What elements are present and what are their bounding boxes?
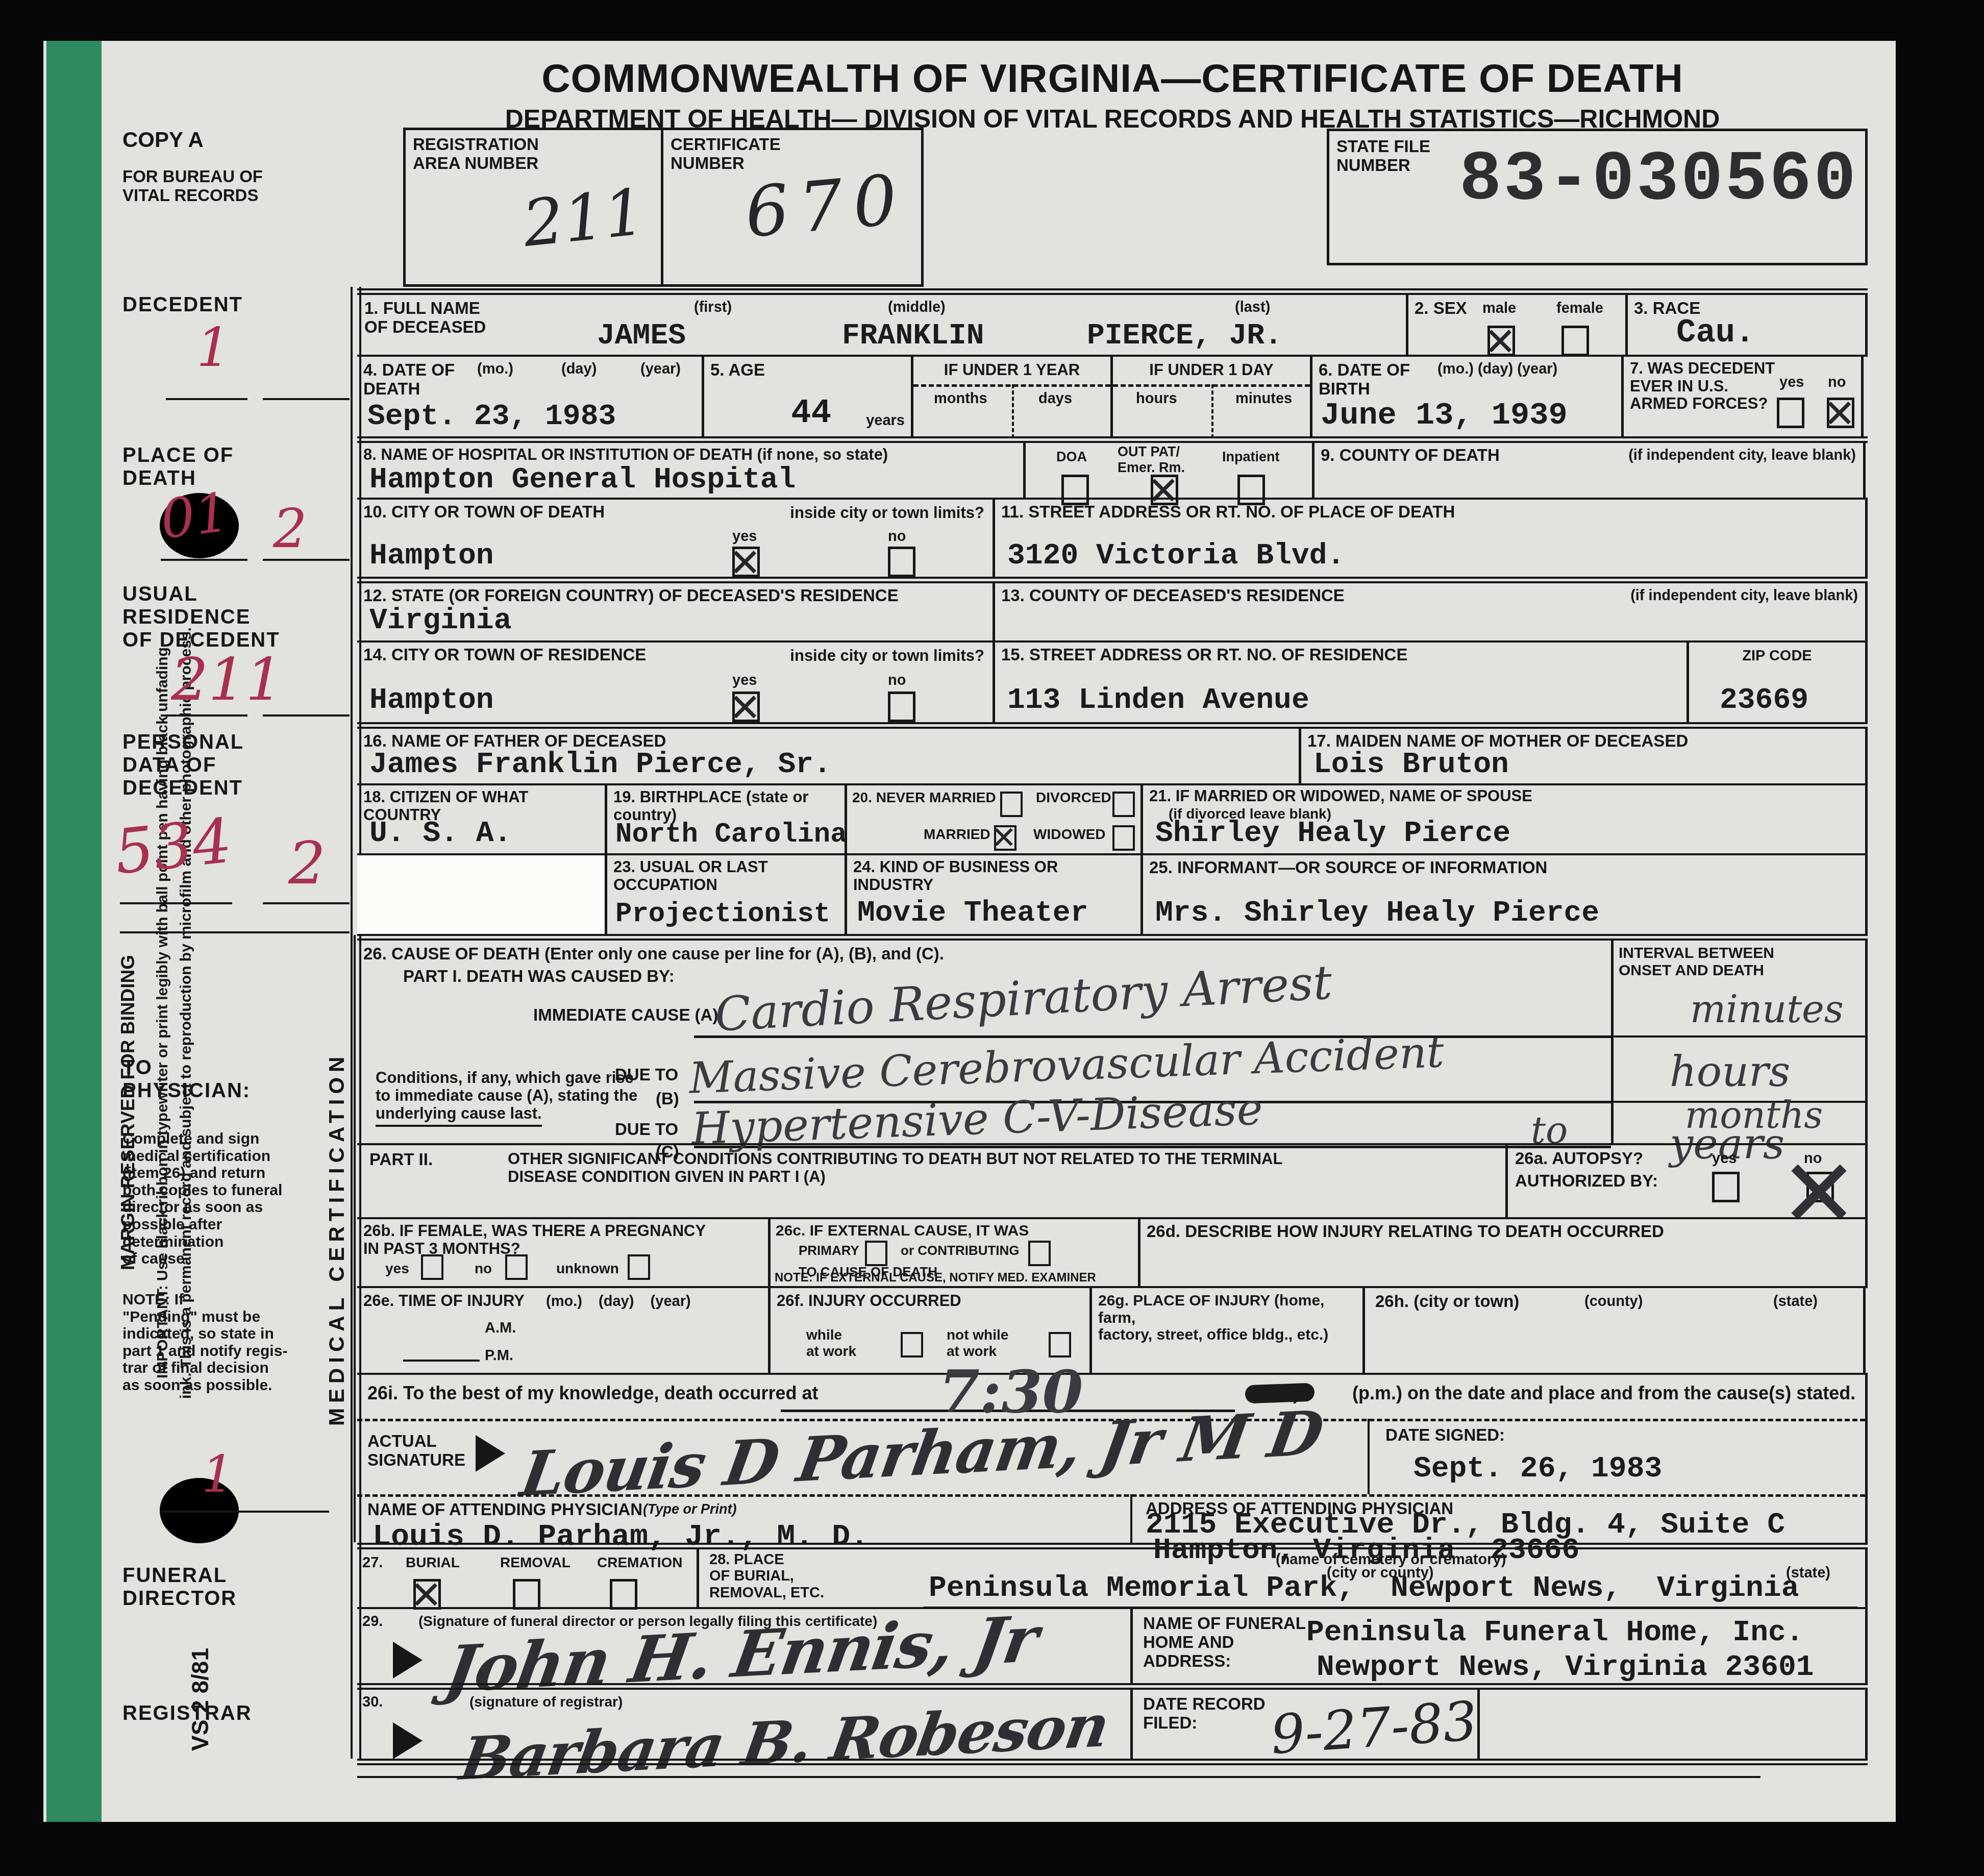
sidebar-to-physician-title: TO PHYSICIAN: (122, 1056, 251, 1102)
city-of-residence-label: 14. CITY OR TOWN OF RESIDENCE (363, 646, 646, 664)
green-binding-stripe (46, 41, 102, 1822)
first-name-value: JAMES (597, 319, 686, 353)
death-occurred-label: 26i. To the best of my knowledge, death … (367, 1383, 819, 1403)
date-of-birth-value: June 13, 1939 (1321, 397, 1568, 433)
field-city-of-death: 10. CITY OR TOWN OF DEATH inside city or… (357, 500, 995, 577)
field-certification: 26i. To the best of my knowledge, death … (357, 1375, 1868, 1543)
field-registrar-signature: 30. (signature of registrar) Barbara B. … (357, 1690, 1133, 1759)
sidebar-decedent-code: 1 (196, 316, 231, 379)
field-age: 5. AGE 44 years (704, 357, 913, 436)
row-26bcd: 26b. IF FEMALE, WAS THERE A PREGNANCY IN… (357, 1217, 1868, 1286)
injury-units-label: (mo.) (day) (year) (546, 1293, 691, 1310)
rule (166, 398, 247, 400)
describe-injury-label: 26d. DESCRIBE HOW INJURY RELATING TO DEA… (1147, 1222, 1664, 1241)
doa-label: DOA (1056, 449, 1087, 465)
city-of-death-label: 10. CITY OR TOWN OF DEATH (363, 503, 605, 522)
field-part2: PART II. OTHER SIGNIFICANT CONDITIONS CO… (357, 1145, 1508, 1217)
city-of-death-value: Hampton (369, 539, 494, 573)
field-full-name: 1. FULL NAME OF DECEASED (first) (middle… (357, 295, 1408, 355)
preg-yes-checkbox (421, 1254, 443, 1280)
state-file-number-label: STATE FILE NUMBER (1336, 137, 1430, 175)
spouse-label: 21. IF MARRIED OR WIDOWED, NAME OF SPOUS… (1149, 787, 1532, 805)
date-of-death-value: Sept. 23, 1983 (367, 400, 616, 433)
interval-a-value: minutes (1690, 988, 1844, 1031)
middle-sublabel: (middle) (888, 299, 946, 316)
field-county-of-death: 9. COUNTY OF DEATH (if independent city,… (1315, 443, 1866, 498)
type-or-print-label: (Type or Print) (643, 1501, 737, 1517)
sidebar-funeral-director-label: FUNERAL DIRECTOR (122, 1564, 237, 1610)
inpatient-label: Inpatient (1222, 449, 1280, 465)
rule (1614, 1035, 1865, 1038)
limits-no-label: no (888, 528, 906, 545)
rule (161, 714, 247, 717)
sidebar-personal-data-label: PERSONAL DATA OF DECEDENT (122, 731, 244, 799)
sidebar-personal-code-1: 534 (111, 805, 235, 888)
hours-sublabel: hours (1136, 390, 1177, 407)
row-name-sex-race: 1. FULL NAME OF DECEASED (first) (middle… (357, 288, 1868, 355)
registrar-sig-arrow-icon (393, 1722, 423, 1759)
county-of-residence-label: 13. COUNTY OF DECEASED'S RESIDENCE (1001, 586, 1345, 605)
funeral-sig-number: 29. (362, 1613, 383, 1630)
time-of-injury-label: 26e. TIME OF INJURY (363, 1292, 525, 1310)
autopsy-authorized-label: AUTHORIZED BY: (1515, 1172, 1658, 1191)
field-street-of-residence: 15. STREET ADDRESS OR RT. NO. OF RESIDEN… (995, 643, 1689, 722)
sidebar-place-code-2: 2 (273, 498, 307, 560)
limits-yes-checkbox (732, 547, 760, 577)
preg-unknown-checkbox (628, 1254, 650, 1280)
divorced-checkbox (1112, 792, 1135, 817)
zip-value: 23669 (1720, 684, 1808, 717)
limits14-no-checkbox (888, 692, 915, 722)
form-number: VS 2 8/81 (185, 1628, 216, 1771)
preg-no-label: no (475, 1261, 492, 1277)
contributing-label: or CONTRIBUTING (901, 1243, 1020, 1258)
field-describe-injury: 26d. DESCRIBE HOW INJURY RELATING TO DEA… (1140, 1219, 1868, 1286)
cause-label: 26. CAUSE OF DEATH (Enter only one cause… (363, 945, 944, 964)
sidebar-to-physician-body: Complete and sign medical certification … (122, 1130, 282, 1268)
mo-sublabel: (mo.) (477, 361, 513, 378)
city-of-residence-value: Hampton (369, 684, 494, 717)
sidebar-place-code-1: 01 (157, 481, 232, 551)
date-of-birth-label: 6. DATE OF BIRTH (1319, 361, 1410, 399)
autopsy-label: 26a. AUTOPSY? (1515, 1149, 1643, 1168)
certificate-number-box: CERTIFICATE NUMBER 670 (661, 128, 924, 287)
business-label: 24. KIND OF BUSINESS OR INDUSTRY (853, 858, 1140, 894)
injury-city-label: 26h. (city or town) (1375, 1292, 1519, 1311)
row-city-residence: 14. CITY OR TOWN OF RESIDENCE inside cit… (357, 640, 1868, 722)
injury-county-label: (county) (1584, 1293, 1643, 1310)
sex-female-checkbox (1561, 326, 1589, 356)
never-married-label: 20. NEVER MARRIED (852, 789, 996, 806)
field-funeral-director-signature: 29. (Signature of funeral director or pe… (357, 1609, 1133, 1683)
primary-checkbox (865, 1241, 887, 1266)
part2-text: OTHER SIGNIFICANT CONDITIONS CONTRIBUTIN… (508, 1150, 1282, 1186)
row-city-of-death: 10. CITY OR TOWN OF DEATH inside city or… (357, 498, 1868, 577)
field-state-of-residence: 12. STATE (OR FOREIGN COUNTRY) OF DECEAS… (357, 583, 995, 640)
row-citizen-marital: 18. CITIZEN OF WHAT COUNTRY U. S. A. 19.… (357, 783, 1868, 853)
sidebar-residence-code: 211 (171, 646, 283, 714)
b-sublabel: (B) (656, 1090, 679, 1108)
age-label: 5. AGE (710, 361, 765, 380)
while-at-work-label: while at work (806, 1327, 856, 1360)
field-business: 24. KIND OF BUSINESS OR INDUSTRY Movie T… (847, 855, 1143, 934)
autopsy-yes-checkbox (1712, 1172, 1740, 1202)
age-value: 44 (791, 394, 831, 432)
rule (120, 902, 232, 904)
pregnancy-label: 26b. IF FEMALE, WAS THERE A PREGNANCY IN… (363, 1222, 706, 1257)
row-26efgh: 26e. TIME OF INJURY (mo.) (day) (year) A… (357, 1286, 1868, 1373)
primary-label: PRIMARY (799, 1243, 859, 1258)
burial-label: BURIAL (406, 1554, 460, 1571)
field-place-of-injury: 26g. PLACE OF INJURY (home, farm, factor… (1092, 1288, 1365, 1373)
minutes-sublabel: minutes (1235, 390, 1292, 407)
row-burial: 27. BURIAL REMOVAL CREMATION 28. PLACE O… (357, 1543, 1868, 1607)
middle-name-value: FRANKLIN (842, 319, 984, 353)
physician-signature: Louis D Parham, Jr M D (516, 1397, 1327, 1510)
occupation-value: Projectionist (615, 899, 830, 930)
field-date-of-birth: 6. DATE OF BIRTH (mo.) (day) (year) June… (1312, 357, 1624, 436)
row-state-residence: 12. STATE (OR FOREIGN COUNTRY) OF DECEAS… (357, 577, 1868, 640)
date-filed-label: DATE RECORD FILED: (1143, 1695, 1266, 1733)
cause-a-value: Cardio Respiratory Arrest (713, 955, 1333, 1042)
registrar-sig-number: 30. (362, 1694, 383, 1711)
field-birthplace: 19. BIRTHPLACE (state or country) North … (607, 785, 847, 853)
county-of-death-label: 9. COUNTY OF DEATH (1321, 446, 1500, 465)
limits14-label: inside city or town limits? (790, 647, 984, 665)
field-city-of-residence: 14. CITY OR TOWN OF RESIDENCE inside cit… (357, 643, 995, 722)
never-married-checkbox (1000, 792, 1023, 817)
autopsy-no-checkbox (1806, 1172, 1834, 1202)
field-date-of-death: 4. DATE OF DEATH (mo.) (day) (year) Sept… (357, 357, 704, 436)
field-informant: 25. INFORMANT—OR SOURCE OF INFORMATION M… (1143, 855, 1868, 934)
removal-label: REMOVAL (500, 1554, 571, 1571)
sidebar-to-physician-note: NOTE: If "Pending" must be indicated, so… (122, 1291, 287, 1394)
row-certification: 26i. To the best of my knowledge, death … (357, 1373, 1868, 1543)
field-county-of-residence: 13. COUNTY OF DECEASED'S RESIDENCE (if i… (995, 583, 1868, 640)
widowed-checkbox (1112, 825, 1135, 851)
field-occupation: 23. USUAL OR LAST OCCUPATION Projectioni… (607, 855, 847, 934)
field-marital-status: 20. NEVER MARRIED DIVORCED MARRIED WIDOW… (847, 785, 1143, 853)
not-while-at-work-label: not while at work (947, 1327, 1008, 1360)
place-of-burial-label: 28. PLACE OF BURIAL, REMOVAL, ETC. (709, 1551, 824, 1601)
days-sublabel: days (1038, 390, 1072, 407)
sex-male-label: male (1482, 300, 1516, 317)
field-autopsy: 26a. AUTOPSY? AUTHORIZED BY: yes no (1508, 1145, 1868, 1217)
contributing-checkbox (1028, 1241, 1051, 1266)
certificate-number-value: 670 (742, 159, 910, 253)
registration-area-value: 211 (519, 175, 648, 261)
rule (263, 559, 350, 561)
field-pregnancy: 26b. IF FEMALE, WAS THERE A PREGNANCY IN… (357, 1219, 771, 1286)
funeral-home-label: NAME OF FUNERAL HOME AND ADDRESS: (1143, 1614, 1306, 1671)
row-registrar: 30. (signature of registrar) Barbara B. … (357, 1683, 1868, 1759)
field-race: 3. RACE Cau. (1628, 295, 1868, 355)
forces-no-label: no (1828, 374, 1846, 391)
year-sublabel: (year) (640, 361, 681, 378)
conditions-note-underlined: underlying cause last. (376, 1105, 542, 1127)
sex-female-label: female (1556, 300, 1603, 317)
field-sex: 2. SEX male female (1408, 295, 1628, 355)
field-if-under-1-year: IF UNDER 1 YEAR months days (911, 357, 1113, 436)
state-file-number-box: STATE FILE NUMBER 83-030560 (1327, 129, 1868, 265)
under-1-day-label: IF UNDER 1 DAY (1113, 361, 1310, 379)
rule (1130, 1494, 1132, 1545)
field-mother-name: 17. MAIDEN NAME OF MOTHER OF DECEASED Lo… (1301, 729, 1868, 783)
actual-signature-label: ACTUAL SIGNATURE (367, 1432, 465, 1470)
disposition-number: 27. (362, 1554, 383, 1571)
row-hospital: 8. NAME OF HOSPITAL OR INSTITUTION OF DE… (357, 436, 1868, 498)
county-of-death-note: (if independent city, leave blank) (1628, 447, 1856, 464)
informant-label: 25. INFORMANT—OR SOURCE OF INFORMATION (1149, 858, 1547, 877)
external-cause-label: 26c. IF EXTERNAL CAUSE, IT WAS (776, 1222, 1029, 1240)
forces-yes-checkbox (1777, 398, 1804, 428)
field-street-of-death: 11. STREET ADDRESS OR RT. NO. OF PLACE O… (995, 500, 1868, 577)
zip-label: ZIP CODE (1689, 648, 1865, 664)
rule (161, 559, 247, 561)
interval-b-value: hours (1670, 1048, 1790, 1096)
sidebar-registrar-label: REGISTRAR (122, 1702, 252, 1725)
state-file-number-value: 83-030560 (1459, 140, 1858, 220)
field-time-of-injury: 26e. TIME OF INJURY (mo.) (day) (year) A… (357, 1288, 771, 1373)
first-sublabel: (first) (694, 299, 732, 316)
cremation-label: CREMATION (597, 1554, 682, 1571)
field-22-whited-out (357, 855, 607, 934)
state-of-residence-label: 12. STATE (OR FOREIGN COUNTRY) OF DECEAS… (363, 586, 899, 605)
injury-state-label: (state) (1773, 1293, 1818, 1310)
registration-area-label: REGISTRATION AREA NUMBER (413, 135, 539, 173)
field-cause-of-death: 26. CAUSE OF DEATH (Enter only one cause… (357, 941, 1611, 1143)
field-hospital: 8. NAME OF HOSPITAL OR INSTITUTION OF DE… (357, 443, 1026, 498)
field-death-location-type: DOA OUT PAT/ Emer. Rm. Inpatient (1024, 443, 1315, 498)
funeral-sig-arrow-icon (393, 1642, 423, 1678)
widowed-label: WIDOWED (1033, 826, 1106, 843)
field-armed-forces: 7. WAS DECEDENT EVER IN U.S. ARMED FORCE… (1624, 357, 1864, 436)
field-injury-city: 26h. (city or town) (county) (state) (1363, 1288, 1866, 1373)
external-note: NOTE: IF EXTERNAL CAUSE, NOTIFY MED. EXA… (775, 1271, 1096, 1285)
street-of-death-label: 11. STREET ADDRESS OR RT. NO. OF PLACE O… (1001, 503, 1455, 522)
row-parents: 16. NAME OF FATHER OF DECEASED James Fra… (357, 722, 1868, 783)
removal-checkbox (513, 1579, 540, 1610)
am-label: A.M. (485, 1320, 516, 1337)
sidebar-physician-code: 1 (202, 1444, 234, 1504)
city-or-county-label: (city or county) (1327, 1565, 1433, 1582)
field-date-record-filed: DATE RECORD FILED: 9-27-83 (1133, 1690, 1480, 1759)
death-certificate-document: MARGIN RESERVED FOR BINDING IMPORTANT: U… (43, 41, 1896, 1822)
cremation-checkbox (610, 1579, 637, 1610)
state-of-residence-value: Virginia (369, 604, 511, 637)
married-checkbox (994, 825, 1016, 851)
pm-statement-label: (p.m.) on the date and place and from th… (1352, 1383, 1855, 1403)
limits14-no-label: no (888, 672, 906, 689)
street-of-residence-label: 15. STREET ADDRESS OR RT. NO. OF RESIDEN… (1001, 646, 1407, 664)
row-funeral-director: 29. (Signature of funeral director or pe… (357, 1607, 1868, 1683)
physician-address-line2: Hampton, Virginia 23666 (1153, 1534, 1579, 1567)
rule (1368, 1419, 1370, 1494)
mother-name-value: Lois Bruton (1313, 748, 1509, 781)
rule (1211, 384, 1213, 438)
sidebar-residence-label: USUAL RESIDENCE OF DECEDENT (122, 583, 280, 651)
business-value: Movie Theater (857, 897, 1088, 930)
hospital-label: 8. NAME OF HOSPITAL OR INSTITUTION OF DE… (363, 446, 888, 464)
informant-value: Mrs. Shirley Healy Pierce (1155, 897, 1599, 930)
interval-label: INTERVAL BETWEEN ONSET AND DEATH (1619, 945, 1774, 979)
field-if-under-1-day: IF UNDER 1 DAY hours minutes (1111, 357, 1312, 436)
row-part2-autopsy: PART II. OTHER SIGNIFICANT CONDITIONS CO… (357, 1143, 1868, 1217)
sidebar-personal-code-2: 2 (288, 829, 326, 898)
rule (161, 1511, 329, 1513)
part2-label: PART II. (369, 1150, 433, 1169)
rule (1012, 384, 1014, 438)
birth-units-sublabel: (mo.) (day) (year) (1437, 361, 1557, 378)
preg-no-checkbox (505, 1254, 528, 1280)
date-signed-label: DATE SIGNED: (1385, 1426, 1505, 1445)
race-value: Cau. (1676, 315, 1755, 352)
date-signed-value: Sept. 26, 1983 (1413, 1452, 1662, 1486)
sex-label: 2. SEX (1415, 299, 1467, 318)
form-bottom-border (357, 1759, 1868, 1765)
registrar-sig-note: (signature of registrar) (469, 1694, 623, 1710)
rule (263, 902, 350, 904)
father-name-value: James Franklin Pierce, Sr. (369, 748, 831, 781)
row-death-date-age-birth: 4. DATE OF DEATH (mo.) (day) (year) Sept… (357, 355, 1868, 436)
field-disposition: 27. BURIAL REMOVAL CREMATION (357, 1549, 699, 1607)
limits14-yes-checkbox (732, 692, 760, 722)
rule (263, 714, 350, 717)
autopsy-yes-label: yes (1712, 1150, 1737, 1167)
burial-checkbox (413, 1579, 441, 1610)
limits-label: inside city or town limits? (790, 504, 984, 522)
hospital-value: Hampton General Hospital (369, 463, 796, 497)
street-of-death-value: 3120 Victoria Blvd. (1007, 539, 1345, 573)
citizen-value: U. S. A. (369, 817, 511, 850)
field-spouse: 21. IF MARRIED OR WIDOWED, NAME OF SPOUS… (1143, 785, 1868, 853)
divorced-label: DIVORCED (1036, 789, 1111, 806)
conditions-note: Conditions, if any, which gave rise to i… (376, 1069, 637, 1104)
last-sublabel: (last) (1235, 299, 1270, 316)
field-empty-bottom-right (1480, 1690, 1868, 1759)
under-1-year-label: IF UNDER 1 YEAR (913, 361, 1110, 379)
street-of-residence-value: 113 Linden Avenue (1007, 684, 1309, 717)
place-of-injury-label: 26g. PLACE OF INJURY (home, farm, factor… (1098, 1292, 1362, 1344)
funeral-home-line1: Peninsula Funeral Home, Inc. (1306, 1616, 1804, 1649)
due-to-c-label: DUE TO (615, 1120, 678, 1139)
preg-unknown-label: unknown (556, 1261, 619, 1277)
rule (357, 1494, 1865, 1497)
registration-area-box: REGISTRATION AREA NUMBER 211 (403, 128, 663, 287)
armed-forces-label: 7. WAS DECEDENT EVER IN U.S. ARMED FORCE… (1630, 360, 1775, 413)
date-filed-value: 9-27-83 (1269, 1690, 1479, 1766)
married-label: MARRIED (924, 826, 990, 843)
day-sublabel: (day) (561, 361, 597, 378)
field-interval-onset-death: INTERVAL BETWEEN ONSET AND DEATH minutes… (1611, 941, 1868, 1143)
rule (403, 1360, 480, 1362)
injury-occurred-label: 26f. INJURY OCCURRED (777, 1292, 961, 1310)
while-at-work-checkbox (901, 1332, 923, 1357)
county-of-residence-note: (if independent city, leave blank) (1630, 587, 1858, 604)
date-of-death-label: 4. DATE OF DEATH (363, 361, 455, 399)
sidebar-decedent-label: DECEDENT (122, 293, 243, 316)
certificate-number-label: CERTIFICATE NUMBER (671, 135, 781, 173)
funeral-home-line2: Newport News, Virginia 23601 (1317, 1651, 1814, 1684)
occupation-label: 23. USUAL OR LAST OCCUPATION (613, 858, 845, 894)
limits-no-checkbox (888, 547, 915, 577)
field-zip-code: ZIP CODE 23669 (1689, 643, 1868, 722)
forces-yes-label: yes (1779, 374, 1804, 391)
last-name-value: PIERCE, JR. (1087, 319, 1282, 353)
full-name-label: 1. FULL NAME OF DECEASED (364, 299, 486, 337)
sex-male-checkbox (1487, 326, 1515, 356)
cause-part1-label: PART I. DEATH WAS CAUSED BY: (403, 967, 675, 986)
field-citizen: 18. CITIZEN OF WHAT COUNTRY U. S. A. (357, 785, 607, 853)
field-funeral-home: NAME OF FUNERAL HOME AND ADDRESS: Penins… (1133, 1609, 1868, 1683)
age-unit-label: years (866, 412, 905, 429)
immediate-cause-label: IMMEDIATE CAUSE (A) (533, 1006, 718, 1025)
forces-no-checkbox (1827, 398, 1854, 428)
rule (263, 398, 350, 400)
signature-arrow-icon (476, 1435, 505, 1472)
field-father-name: 16. NAME OF FATHER OF DECEASED James Fra… (357, 729, 1301, 783)
birthplace-value: North Carolina (615, 819, 847, 850)
attending-physician-label: NAME OF ATTENDING PHYSICIAN (367, 1500, 642, 1519)
spouse-value: Shirley Healy Pierce (1155, 817, 1510, 850)
preg-yes-label: yes (385, 1261, 409, 1277)
rule (120, 931, 350, 933)
certificate-title: COMMONWEALTH OF VIRGINIA—CERTIFICATE OF … (357, 55, 1868, 102)
pm-label: P.M. (485, 1347, 513, 1364)
field-external-cause: 26c. IF EXTERNAL CAUSE, IT WAS PRIMARY o… (771, 1219, 1140, 1286)
row-cause-of-death: 26. CAUSE OF DEATH (Enter only one cause… (357, 934, 1868, 1143)
copy-for-label: FOR BUREAU OF VITAL RECORDS (122, 167, 263, 205)
not-while-at-work-checkbox (1049, 1332, 1071, 1357)
rule (357, 1776, 1760, 1778)
months-sublabel: months (934, 390, 987, 407)
copy-label: COPY A (122, 128, 204, 152)
row-occupation-informant: 23. USUAL OR LAST OCCUPATION Projectioni… (357, 853, 1868, 934)
state-label: (state) (1786, 1565, 1830, 1582)
